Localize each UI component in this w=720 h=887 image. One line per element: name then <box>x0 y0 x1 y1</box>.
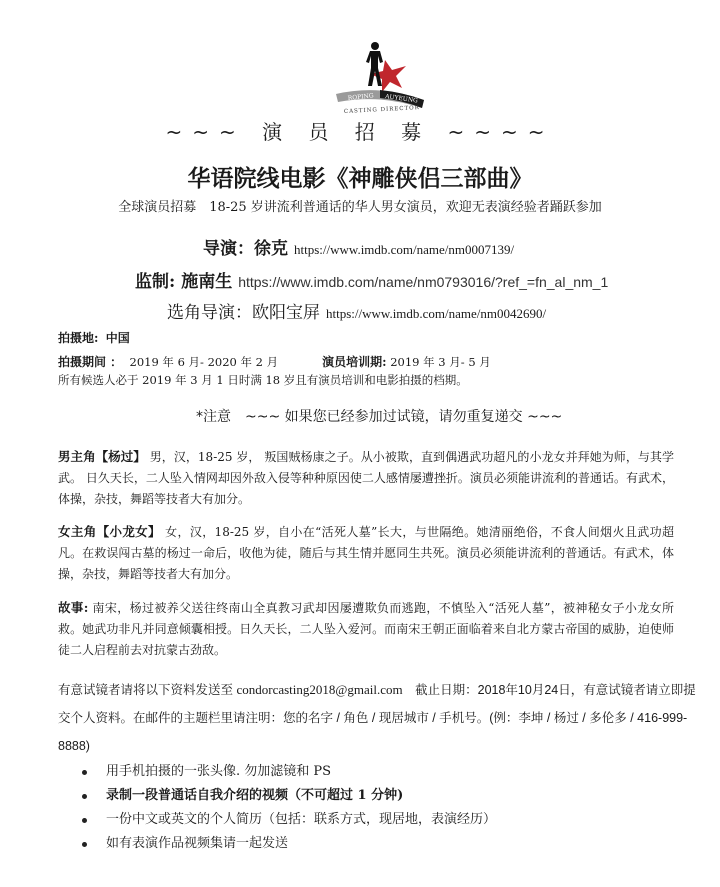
duplicate-submission-notice: *注意 ~~~ 如果您已经参加过试镜，请勿重复递交 ~~~ <box>196 406 562 426</box>
credit-casting-director: 选角导演：欧阳宝屏https://www.imdb.com/name/nm004… <box>167 298 546 323</box>
bullet-icon <box>82 842 87 847</box>
list-item: 如有表演作品视频集请一起发送 <box>82 832 496 856</box>
dancer-star-logo-icon: ROPING AUYEUNG CASTING DIRECTOR <box>330 38 430 124</box>
role-female-lead: 女主角【小龙女】 女，汉，18-25 岁，自小在“活死人墓”长大，与世隔绝。她清… <box>58 521 674 585</box>
supervisor-imdb-link[interactable]: https://www.imdb.com/name/nm0793016/?ref… <box>238 274 608 290</box>
list-item: 一份中文或英文的个人简历（包括：联系方式，现居地，表演经历） <box>82 808 496 832</box>
svg-text:AUYEUNG: AUYEUNG <box>384 93 419 105</box>
submission-instructions: 有意试镜者请将以下资料发送至 condorcasting2018@gmail.c… <box>58 676 698 760</box>
svg-text:ROPING: ROPING <box>347 92 374 102</box>
eligibility-note: 所有候选人必于 2019 年 3 月 1 日时满 18 岁且有演员培训和电影拍摄… <box>58 372 468 388</box>
film-title: 华语院线电影《神雕侠侣三部曲》 <box>0 160 720 193</box>
role-male-description: 男，汉，18-25 岁， 叛国贼杨康之子。从小被欺，直到偶遇武功超凡的小龙女并拜… <box>58 450 674 506</box>
credit-supervisor: 监制: 施南生https://www.imdb.com/name/nm07930… <box>135 267 608 292</box>
director-imdb-link[interactable]: https://www.imdb.com/name/nm0007139/ <box>294 242 514 257</box>
shooting-location: 拍摄地: 中国 <box>58 329 130 346</box>
story-label: 故事: <box>58 600 88 615</box>
list-item: 用手机拍摄的一张头像. 勿加滤镜和 PS <box>82 760 496 784</box>
shoot-period-label: 拍摄期间 ： <box>58 355 122 369</box>
casting-director-label: 选角导演：欧阳宝屏 <box>167 303 320 323</box>
location-value: 中国 <box>106 331 130 345</box>
recruitment-subtitle: 全球演员招募 18-25 岁讲流利普通话的华人男女演员，欢迎无表演经验者踊跃参加 <box>0 196 720 215</box>
role-female-label: 女主角【小龙女】 <box>58 524 161 539</box>
recruitment-heading: ~~~ 演 员 招 募 ~~~~ <box>0 116 720 145</box>
story-text: 南宋，杨过被养父送往终南山全真教习武却因屡遭欺负而逃跑，不慎坠入“活死人墓”，被… <box>58 601 674 657</box>
casting-director-imdb-link[interactable]: https://www.imdb.com/name/nm0042690/ <box>326 306 546 321</box>
submission-intro: 有意试镜者请将以下资料发送至 <box>58 683 236 697</box>
schedule-periods: 拍摄期间 ： 2019 年 6 月- 2020 年 2 月演员培训期: 2019… <box>58 353 491 370</box>
svg-text:CASTING DIRECTOR: CASTING DIRECTOR <box>344 105 420 115</box>
bullet-icon <box>82 818 87 823</box>
submission-email-link[interactable]: condorcasting2018@gmail.com <box>236 682 402 697</box>
required-materials-list: 用手机拍摄的一张头像. 勿加滤镜和 PS 录制一段普通话自我介绍的视频（不可超过… <box>82 760 496 856</box>
casting-director-logo: ROPING AUYEUNG CASTING DIRECTOR <box>330 38 430 124</box>
training-period-label: 演员培训期: <box>322 355 386 369</box>
list-item: 录制一段普通话自我介绍的视频（不可超过 1 分钟) <box>82 784 496 808</box>
training-period-value: 2019 年 3 月- 5 月 <box>390 355 491 369</box>
story-synopsis: 故事: 南宋，杨过被养父送往终南山全真教习武却因屡遭欺负而逃跑，不慎坠入“活死人… <box>58 597 674 661</box>
supervisor-label: 监制: 施南生 <box>135 272 232 292</box>
credit-director: 导演：徐克https://www.imdb.com/name/nm0007139… <box>203 234 514 259</box>
director-label: 导演：徐克 <box>203 239 288 259</box>
role-male-lead: 男主角【杨过】 男，汉，18-25 岁， 叛国贼杨康之子。从小被欺，直到偶遇武功… <box>58 446 674 510</box>
role-male-label: 男主角【杨过】 <box>58 449 146 464</box>
bullet-icon <box>82 770 87 775</box>
shoot-period-value: 2019 年 6 月- 2020 年 2 月 <box>130 355 279 369</box>
location-label: 拍摄地: <box>58 331 98 345</box>
bullet-icon <box>82 794 87 799</box>
